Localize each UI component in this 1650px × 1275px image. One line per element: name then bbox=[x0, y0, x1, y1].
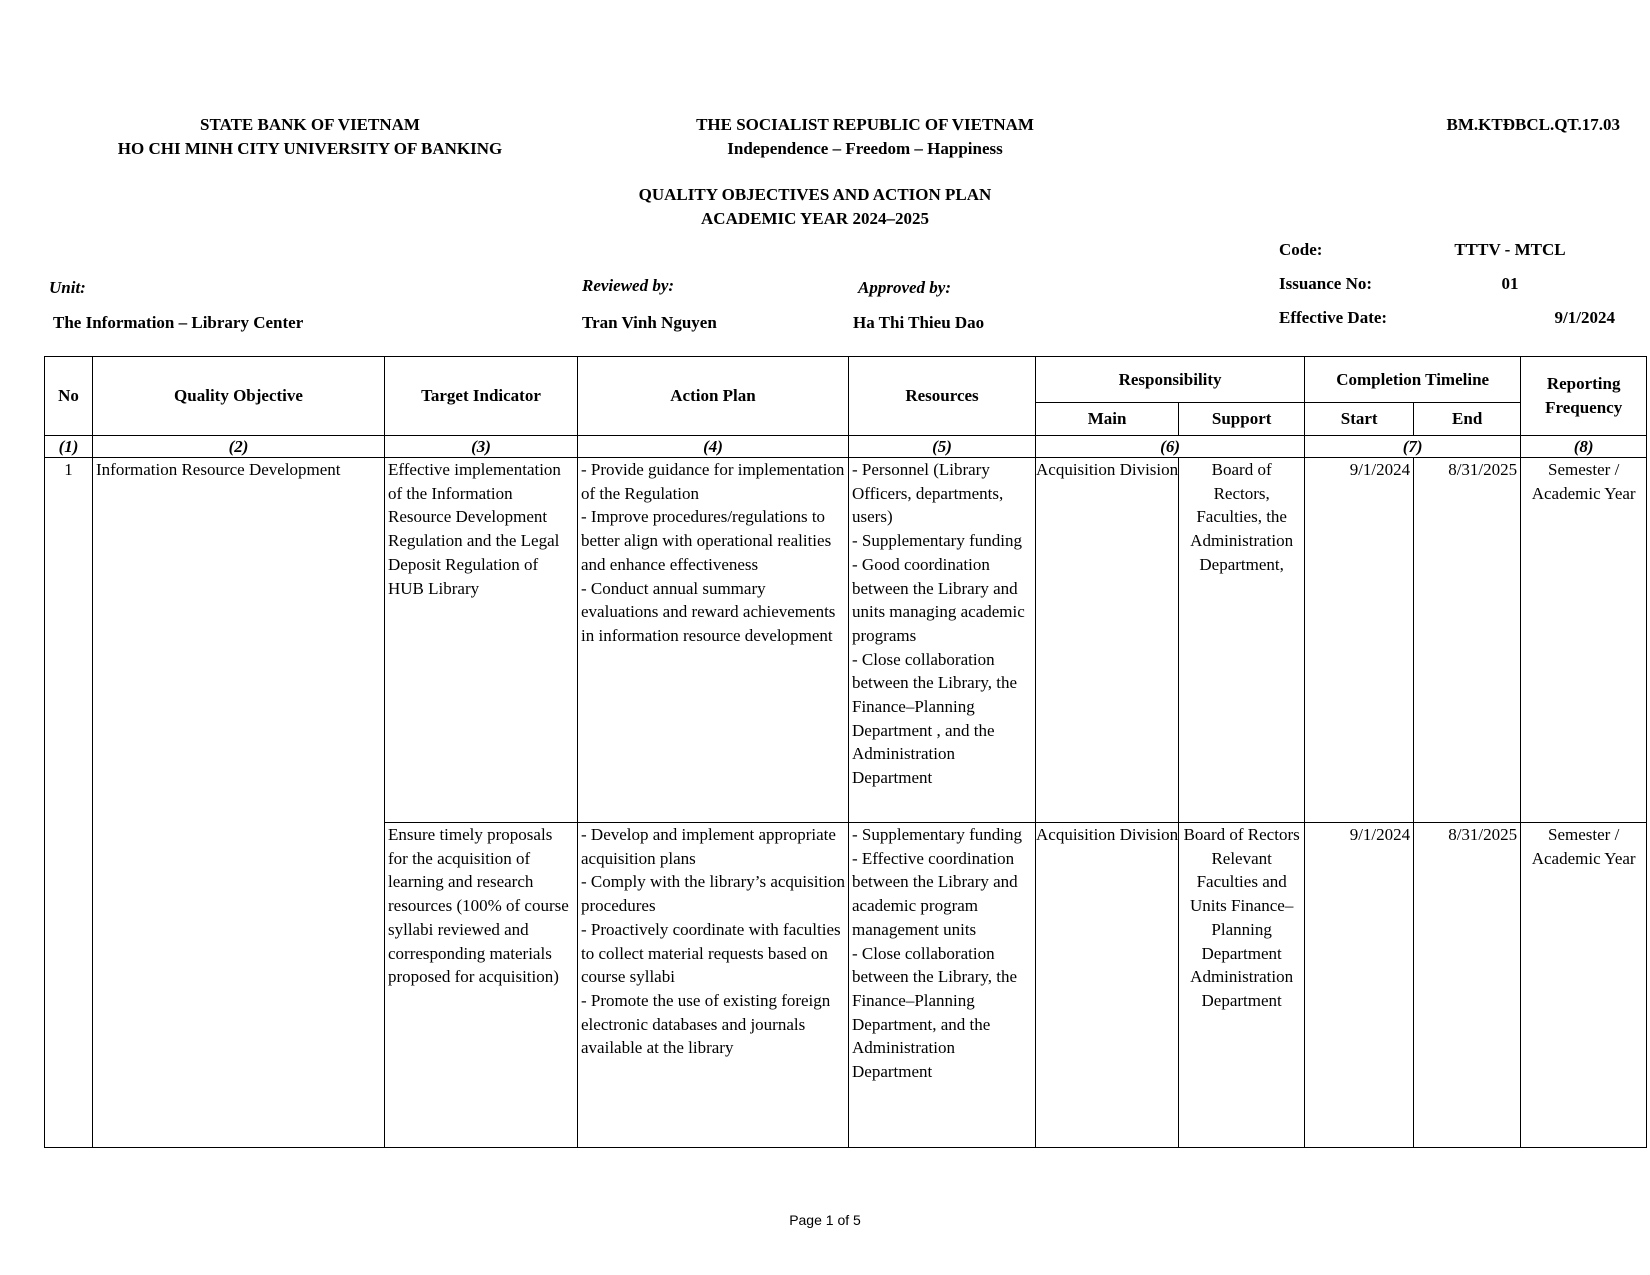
timeline-end: 8/31/2025 bbox=[1414, 823, 1521, 1148]
action-plan: - Develop and implement appropriate acqu… bbox=[578, 823, 849, 1148]
resources: - Supplementary funding - Effective coor… bbox=[849, 823, 1036, 1148]
col-header-start: Start bbox=[1305, 403, 1414, 436]
col-number-5: (5) bbox=[849, 436, 1036, 458]
effective-date-value: 9/1/2024 bbox=[1470, 308, 1615, 328]
col-header-responsibility: Responsibility bbox=[1036, 357, 1305, 403]
col-number-3: (3) bbox=[385, 436, 578, 458]
col-header-frequency: Reporting Frequency bbox=[1521, 357, 1647, 436]
col-header-resources: Resources bbox=[849, 357, 1036, 436]
national-motto: Independence – Freedom – Happiness bbox=[615, 137, 1115, 161]
col-header-target: Target Indicator bbox=[385, 357, 578, 436]
unit-value: The Information – Library Center bbox=[53, 313, 303, 333]
col-header-objective: Quality Objective bbox=[93, 357, 385, 436]
issuance-value: 01 bbox=[1450, 274, 1570, 294]
column-number-row: (1) (2) (3) (4) (5) (6) (7) (8) bbox=[45, 436, 1647, 458]
effective-date-label: Effective Date: bbox=[1279, 308, 1387, 328]
reporting-frequency: Semester / Academic Year bbox=[1521, 823, 1647, 1148]
objective-number: 1 bbox=[45, 458, 93, 1148]
reviewed-by-value: Tran Vinh Nguyen bbox=[582, 313, 717, 333]
col-header-action: Action Plan bbox=[578, 357, 849, 436]
col-header-end: End bbox=[1414, 403, 1521, 436]
timeline-end: 8/31/2025 bbox=[1414, 458, 1521, 823]
title-line-1: QUALITY OBJECTIVES AND ACTION PLAN bbox=[565, 183, 1065, 207]
approved-by-value: Ha Thi Thieu Dao bbox=[853, 313, 984, 333]
responsibility-support: Board of Rectors Relevant Faculties and … bbox=[1179, 823, 1305, 1148]
country-name: THE SOCIALIST REPUBLIC OF VIETNAM bbox=[615, 113, 1115, 137]
col-number-6: (6) bbox=[1036, 436, 1305, 458]
col-number-7: (7) bbox=[1305, 436, 1521, 458]
timeline-start: 9/1/2024 bbox=[1305, 458, 1414, 823]
national-motto-block: THE SOCIALIST REPUBLIC OF VIETNAM Indepe… bbox=[615, 113, 1115, 161]
col-number-2: (2) bbox=[93, 436, 385, 458]
code-value: TTTV - MTCL bbox=[1450, 240, 1570, 260]
col-header-support: Support bbox=[1179, 403, 1305, 436]
col-header-no: No bbox=[45, 357, 93, 436]
action-plan: - Provide guidance for implementation of… bbox=[578, 458, 849, 823]
target-indicator: Ensure timely proposals for the acquisit… bbox=[385, 823, 578, 1148]
action-plan-table: No Quality Objective Target Indicator Ac… bbox=[44, 356, 1647, 1148]
ministry-name: STATE BANK OF VIETNAM bbox=[60, 113, 560, 137]
table-row: 1 Information Resource Development Effec… bbox=[45, 458, 1647, 823]
col-header-timeline: Completion Timeline bbox=[1305, 357, 1521, 403]
unit-label: Unit: bbox=[49, 278, 86, 298]
reporting-frequency: Semester / Academic Year bbox=[1521, 458, 1647, 823]
university-name: HO CHI MINH CITY UNIVERSITY OF BANKING bbox=[60, 137, 560, 161]
responsibility-main-text: Acquisition Division bbox=[1036, 825, 1178, 844]
approved-by-label: Approved by: bbox=[858, 278, 951, 298]
target-indicator: Effective implementation of the Informat… bbox=[385, 458, 578, 823]
page-number: Page 1 of 5 bbox=[0, 1212, 1650, 1228]
responsibility-main: Acquisition Division bbox=[1036, 823, 1179, 1148]
document-title: QUALITY OBJECTIVES AND ACTION PLAN ACADE… bbox=[565, 183, 1065, 231]
resources: - Personnel (Library Officers, departmen… bbox=[849, 458, 1036, 823]
code-label: Code: bbox=[1279, 240, 1322, 260]
issuing-authority: STATE BANK OF VIETNAM HO CHI MINH CITY U… bbox=[60, 113, 560, 161]
objective-name: Information Resource Development bbox=[93, 458, 385, 1148]
col-number-1: (1) bbox=[45, 436, 93, 458]
responsibility-main-text: Acquisition Division bbox=[1036, 460, 1178, 479]
col-header-main: Main bbox=[1036, 403, 1179, 436]
responsibility-support: Board of Rectors, Faculties, the Adminis… bbox=[1179, 458, 1305, 823]
header-row-1: No Quality Objective Target Indicator Ac… bbox=[45, 357, 1647, 403]
col-number-4: (4) bbox=[578, 436, 849, 458]
reviewed-by-label: Reviewed by: bbox=[582, 276, 674, 296]
responsibility-main: Acquisition Division bbox=[1036, 458, 1179, 823]
title-line-2: ACADEMIC YEAR 2024–2025 bbox=[565, 207, 1065, 231]
col-number-8: (8) bbox=[1521, 436, 1647, 458]
issuance-label: Issuance No: bbox=[1279, 274, 1372, 294]
timeline-start: 9/1/2024 bbox=[1305, 823, 1414, 1148]
form-code: BM.KTĐBCL.QT.17.03 bbox=[1380, 113, 1620, 137]
